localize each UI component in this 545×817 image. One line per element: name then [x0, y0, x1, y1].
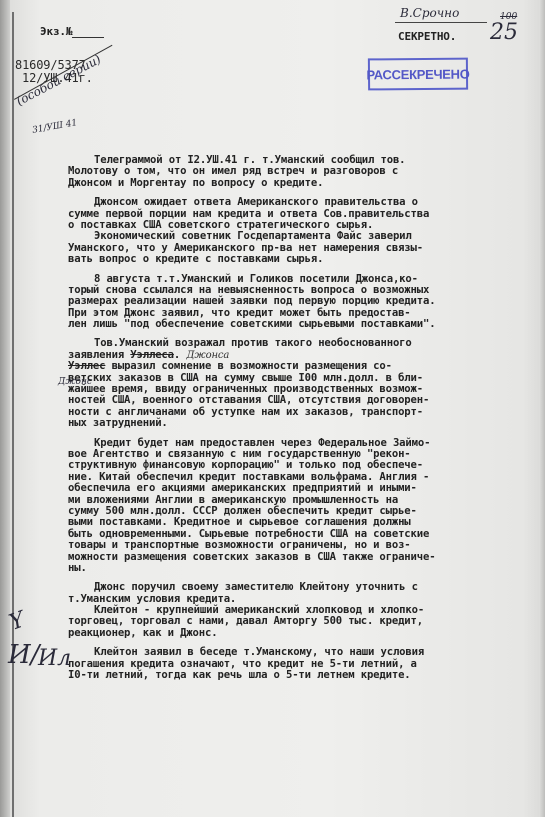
classification-label: СЕКРЕТНО. [398, 30, 456, 43]
paragraph-clayton-profile: Клейтон - крупнейший американский хлопко… [68, 605, 538, 639]
text-line: лен лишь "под обеспечение советскими сыр… [68, 319, 538, 330]
paragraph-jones-clayton: Джонс поручил своему заместителю Клейтон… [68, 582, 538, 605]
copy-number-label: Экз.№ [40, 25, 72, 38]
text-line: размерах реализации нашей заявки под пер… [68, 296, 538, 307]
text-fragment: выразил сомнение в возможности размещени… [112, 360, 392, 372]
paragraph-feis: Экономический советник Госдепартамента Ф… [68, 231, 538, 265]
text-line: можности размещения советских заказов в … [68, 552, 538, 563]
text-line: выми поставками. Кредитное и сырьевое со… [68, 517, 538, 528]
urgency-underline [395, 22, 487, 23]
text-line: товары и транспортные возможности ограни… [68, 540, 538, 551]
text-line: Джонс поручил своему заместителю Клейтон… [68, 582, 538, 593]
scan-left-shadow [0, 0, 10, 817]
text-line: вать вопрос о кредите с поставками сырья… [68, 254, 538, 265]
urgency-note: В.Срочно [400, 6, 459, 20]
struck-word: Уэллеса [130, 349, 174, 361]
text-line: I0-ти летний, тогда как речь шла о 5-ти … [68, 670, 538, 681]
margin-handwritten-insert: Джонс [58, 377, 92, 387]
paragraph-umansky-objection: Тов.Уманский возражал против такого необ… [68, 338, 538, 429]
margin-mark: И/ [8, 640, 39, 670]
struck-word: Уэллес [68, 360, 105, 372]
text-line: Клейтон заявил в беседе т.Уманскому, что… [68, 647, 538, 658]
paragraph-telegram: Телеграммой от I2.УШ.41 г. т.Уманский со… [68, 155, 538, 189]
paragraph-august-8: 8 августа т.т.Уманский и Голиков посетил… [68, 274, 538, 331]
paragraph-clayton-statement: Клейтон заявил в беседе т.Уманскому, что… [68, 647, 538, 681]
text-line: Уэллес выразил сомнение в возможности ра… [68, 361, 538, 372]
copy-number-blank [72, 37, 104, 38]
document-body: Телеграммой от I2.УШ.41 г. т.Уманский со… [68, 155, 538, 689]
margin-rule [12, 12, 14, 817]
handwritten-date: 31/УШ 41 [31, 118, 78, 136]
scan-right-edge [539, 0, 545, 817]
text-line: ны. [68, 563, 538, 574]
text-line: Джонсом ожидает ответа Американского пра… [68, 197, 538, 208]
text-line: обеспечила его акциями американских пред… [68, 483, 538, 494]
folio-number: 25 [490, 20, 518, 45]
margin-signature: Ил [38, 646, 71, 671]
text-line: Джонсом и Моргентау по вопросу о кредите… [68, 178, 538, 189]
paragraph-jones-awaits: Джонсом ожидает ответа Американского пра… [68, 197, 538, 231]
text-line: реакционер, как и Джонс. [68, 628, 538, 639]
declassified-stamp: РАССЕКРЕЧЕНО [368, 58, 468, 91]
paragraph-credit-terms: Кредит будет нам предоставлен через Феде… [68, 438, 538, 575]
text-line: ных затруднений. [68, 418, 538, 429]
handwritten-correction: Джонса [186, 350, 229, 361]
text-fragment: заявления [68, 349, 124, 361]
document-page: Экз.№ 81609/5377 12/УШ.41г. (особой сери… [0, 0, 545, 817]
